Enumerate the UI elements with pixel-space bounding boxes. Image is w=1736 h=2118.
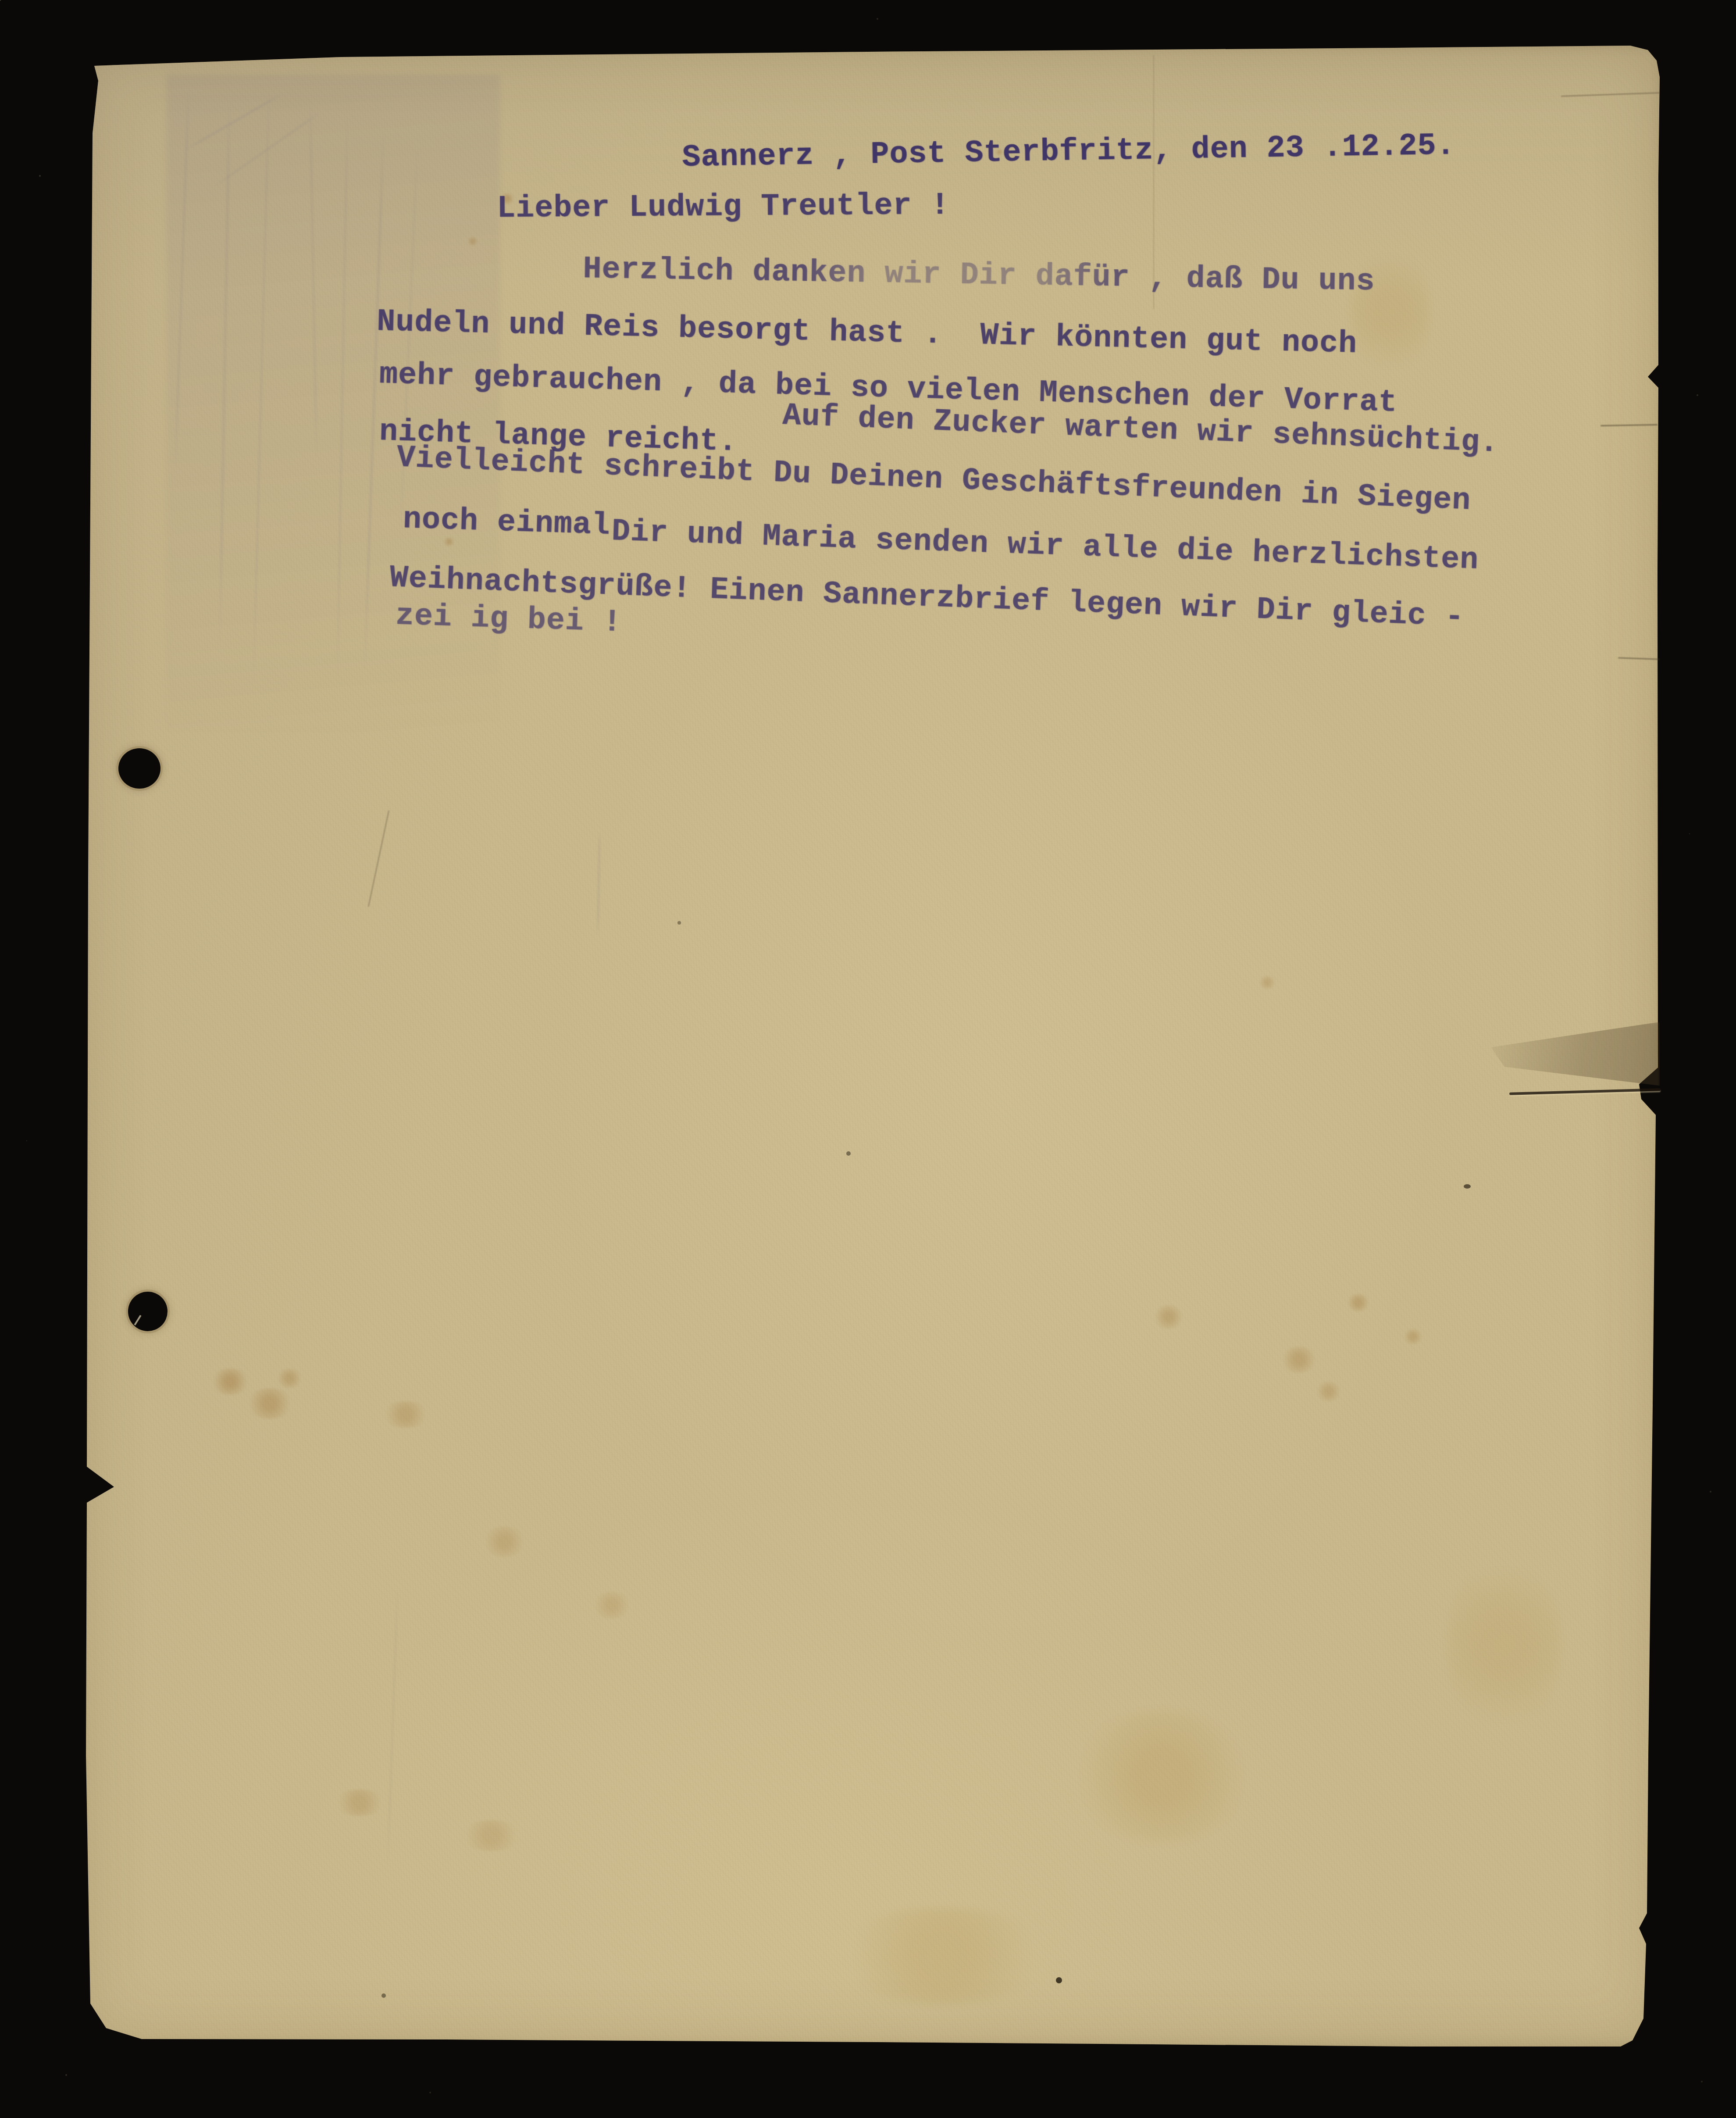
punch-hole-top (118, 748, 160, 789)
speck (1056, 1977, 1062, 1983)
stain (482, 1526, 526, 1557)
stain (333, 1789, 386, 1816)
stain (460, 1820, 522, 1851)
stain (833, 1908, 1052, 2004)
speck (1464, 1184, 1471, 1189)
stain (592, 1592, 631, 1618)
letter-line-body-7: noch einmal (403, 504, 611, 542)
speck (381, 1993, 386, 1998)
stain (276, 1368, 303, 1388)
stain (443, 537, 455, 546)
stain (1258, 976, 1276, 989)
stain (381, 1401, 430, 1428)
stain (246, 1388, 294, 1419)
stain (1346, 1294, 1370, 1311)
letter-line-salutation: Lieber Ludwig Treutler ! (497, 191, 950, 225)
stain (210, 1368, 250, 1395)
letter-line-body-10: zei ig bei ! (395, 601, 622, 639)
speck (846, 1151, 851, 1156)
stain (1074, 1711, 1250, 1842)
stain (1280, 1347, 1318, 1373)
stain (1403, 1329, 1423, 1344)
stain (1153, 1305, 1184, 1329)
stain (1447, 1557, 1561, 1732)
punch-hole-bottom (128, 1292, 168, 1331)
stain (1315, 1382, 1342, 1401)
scanned-letter-page: Sannerz , Post Sterbfritz, den 23 .12.25… (0, 0, 1736, 2118)
stain (467, 237, 478, 246)
stain (1351, 246, 1429, 377)
background-dust (0, 0, 1, 1)
speck (677, 921, 681, 925)
